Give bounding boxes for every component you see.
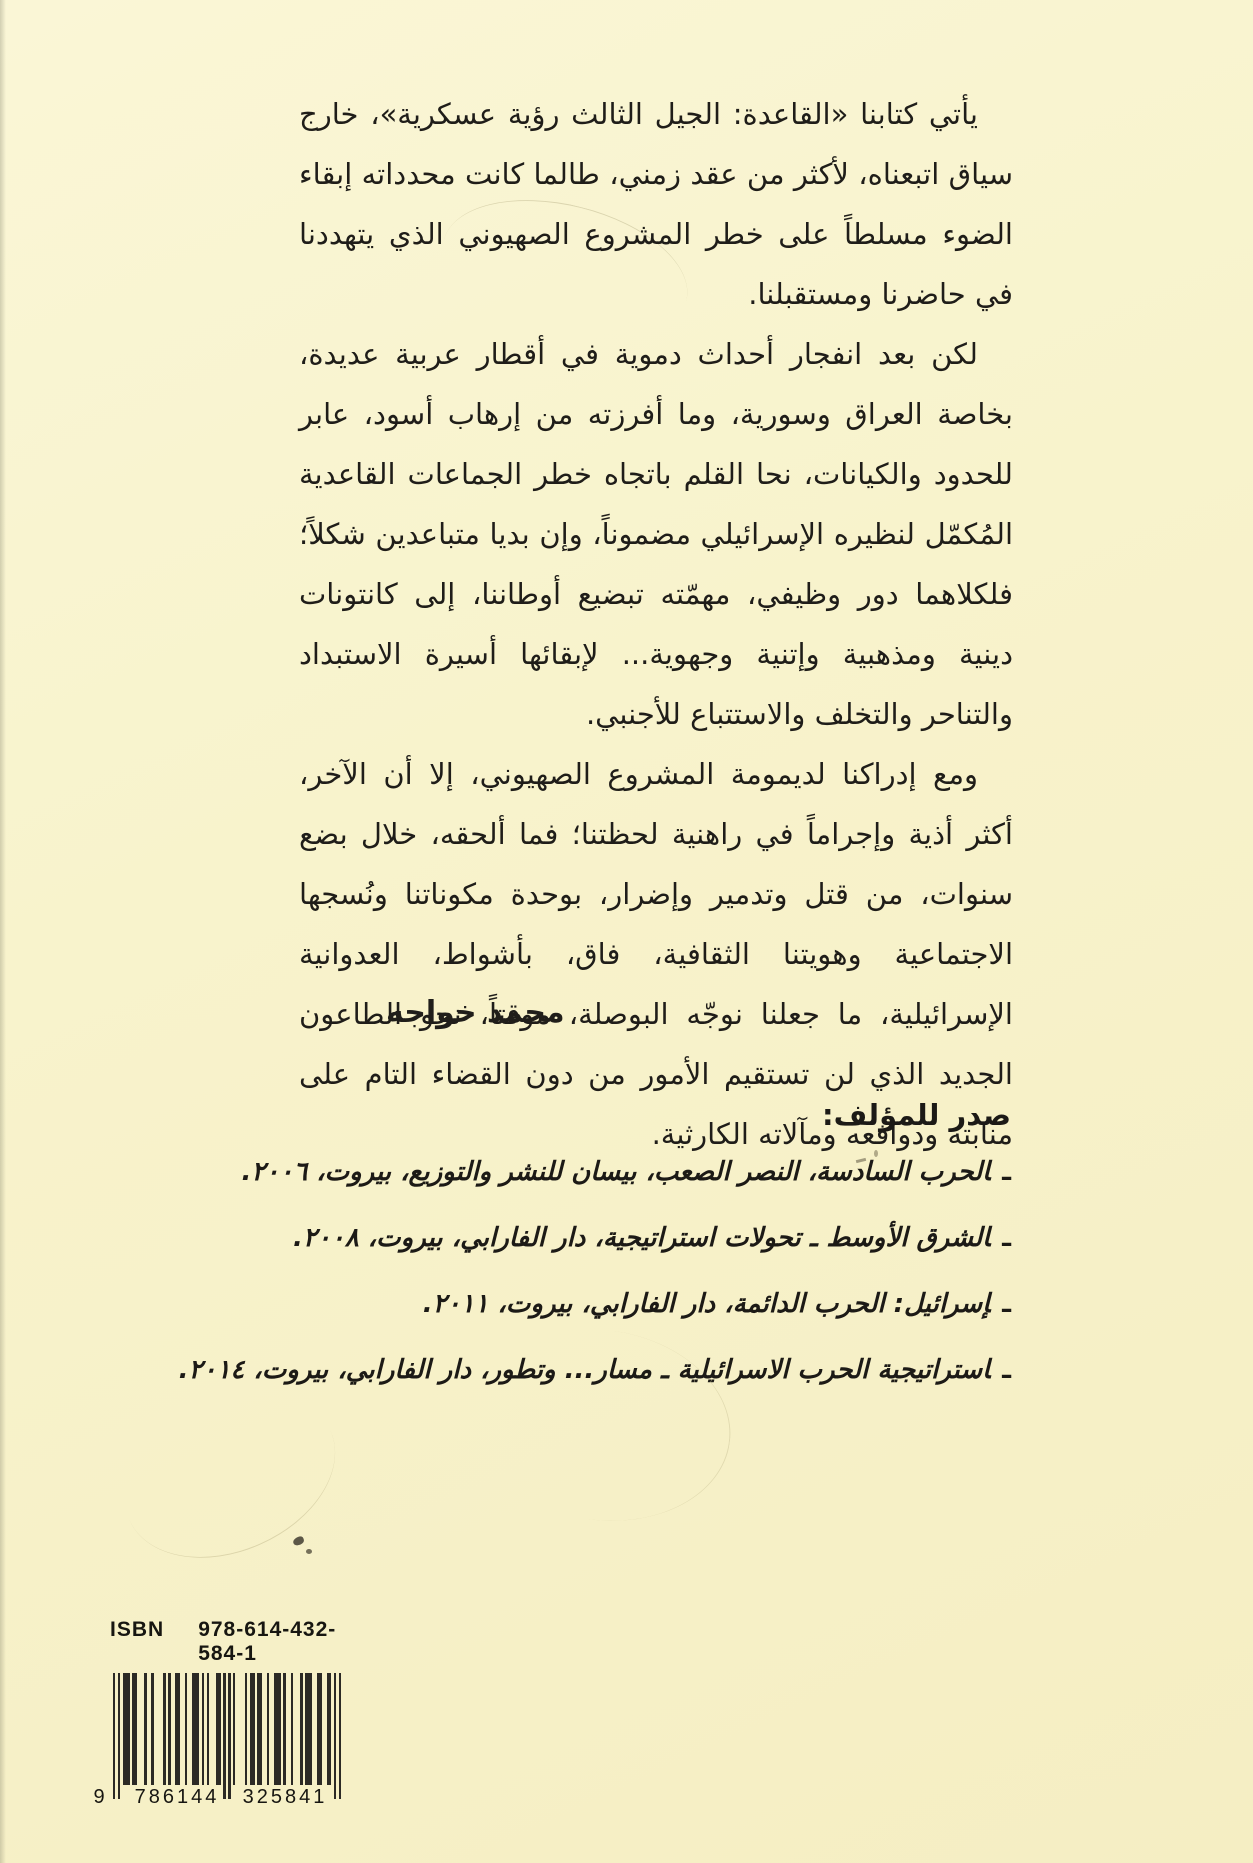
bibliography-section: صدر للمؤلف: ـالحرب السادسة، النصر الصعب،… (297, 1098, 1011, 1418)
barcode-bar (274, 1673, 281, 1785)
barcode-bar (163, 1673, 165, 1785)
barcode-bar (233, 1673, 235, 1785)
barcode-bar (223, 1673, 225, 1799)
barcode-bar (144, 1673, 146, 1785)
barcode-bar (175, 1673, 180, 1785)
isbn-label: ISBN (110, 1618, 164, 1666)
bibliography-heading: صدر للمؤلف: (297, 1098, 1011, 1132)
blurb-paragraph: يأتي كتابنا «القاعدة: الجيل الثالث رؤية … (299, 84, 1013, 324)
barcode-bar (185, 1673, 187, 1785)
bibliography-item-text: الشرق الأوسط ـ تحولات استراتيجية، دار ال… (293, 1223, 990, 1253)
barcode-bar (207, 1673, 209, 1785)
barcode-bar (317, 1673, 322, 1785)
book-back-cover: يأتي كتابنا «القاعدة: الجيل الثالث رؤية … (0, 0, 1253, 1863)
barcode-bar (228, 1673, 230, 1799)
barcode-bar (132, 1673, 137, 1785)
barcode-bar (151, 1673, 153, 1785)
barcode-bar (168, 1673, 170, 1785)
ink-speck (292, 1535, 305, 1546)
isbn-text: ISBN 978-614-432-584-1 (110, 1618, 376, 1666)
barcode-bar (118, 1673, 120, 1799)
isbn-barcode: ISBN 978-614-432-584-1 9 786144 325841 (96, 1618, 376, 1799)
bibliography-item: ـالشرق الأوسط ـ تحولات استراتيجية، دار ا… (297, 1220, 1011, 1257)
list-dash-icon: ـ (1002, 1157, 1011, 1187)
bibliography-item-text: استراتيجية الحرب الاسرائيلية ـ مسار... و… (179, 1355, 990, 1385)
barcode-bar (123, 1673, 130, 1785)
bibliography-item-text: إسرائيل: الحرب الدائمة، دار الفارابي، بي… (423, 1289, 990, 1319)
bibliography-list: ـالحرب السادسة، النصر الصعب، بيسان للنشر… (297, 1154, 1011, 1389)
barcode-bar (192, 1673, 199, 1785)
barcode-bar (267, 1673, 269, 1785)
barcode-bar (283, 1673, 285, 1785)
barcode-bar (202, 1673, 204, 1785)
blurb-paragraph: لكن بعد انفجار أحداث دموية في أقطار عربي… (299, 324, 1013, 744)
barcode-bar (291, 1673, 293, 1785)
author-signature: محمد خواجه (386, 995, 565, 1030)
barcode-bar (305, 1673, 312, 1785)
barcode-digit-lead: 9 (91, 1785, 107, 1809)
list-dash-icon: ـ (1002, 1355, 1011, 1385)
bibliography-item: ـالحرب السادسة، النصر الصعب، بيسان للنشر… (297, 1154, 1011, 1191)
barcode-bar (300, 1673, 302, 1785)
barcode-bar (257, 1673, 262, 1785)
barcode-digits-left: 786144 (127, 1785, 227, 1809)
bibliography-item: ـإسرائيل: الحرب الدائمة، دار الفارابي، ب… (297, 1286, 1011, 1323)
barcode-digits-right: 325841 (235, 1785, 335, 1809)
scan-edge-shadow (0, 0, 6, 1863)
ink-speck (306, 1549, 312, 1554)
barcode-bar (113, 1673, 115, 1799)
bibliography-item: ـاستراتيجية الحرب الاسرائيلية ـ مسار... … (297, 1352, 1011, 1389)
barcode-bar (216, 1673, 221, 1785)
barcode-bar (250, 1673, 255, 1785)
barcode-bar (339, 1673, 341, 1799)
list-dash-icon: ـ (1002, 1289, 1011, 1319)
barcode-bars: 9 786144 325841 (113, 1673, 341, 1799)
bibliography-item-text: الحرب السادسة، النصر الصعب، بيسان للنشر … (241, 1157, 990, 1187)
list-dash-icon: ـ (1002, 1223, 1011, 1253)
barcode-bar (327, 1673, 332, 1785)
barcode-bar (334, 1673, 336, 1799)
barcode-bar (245, 1673, 247, 1785)
print-artifact (874, 1150, 878, 1157)
isbn-number: 978-614-432-584-1 (198, 1618, 376, 1666)
